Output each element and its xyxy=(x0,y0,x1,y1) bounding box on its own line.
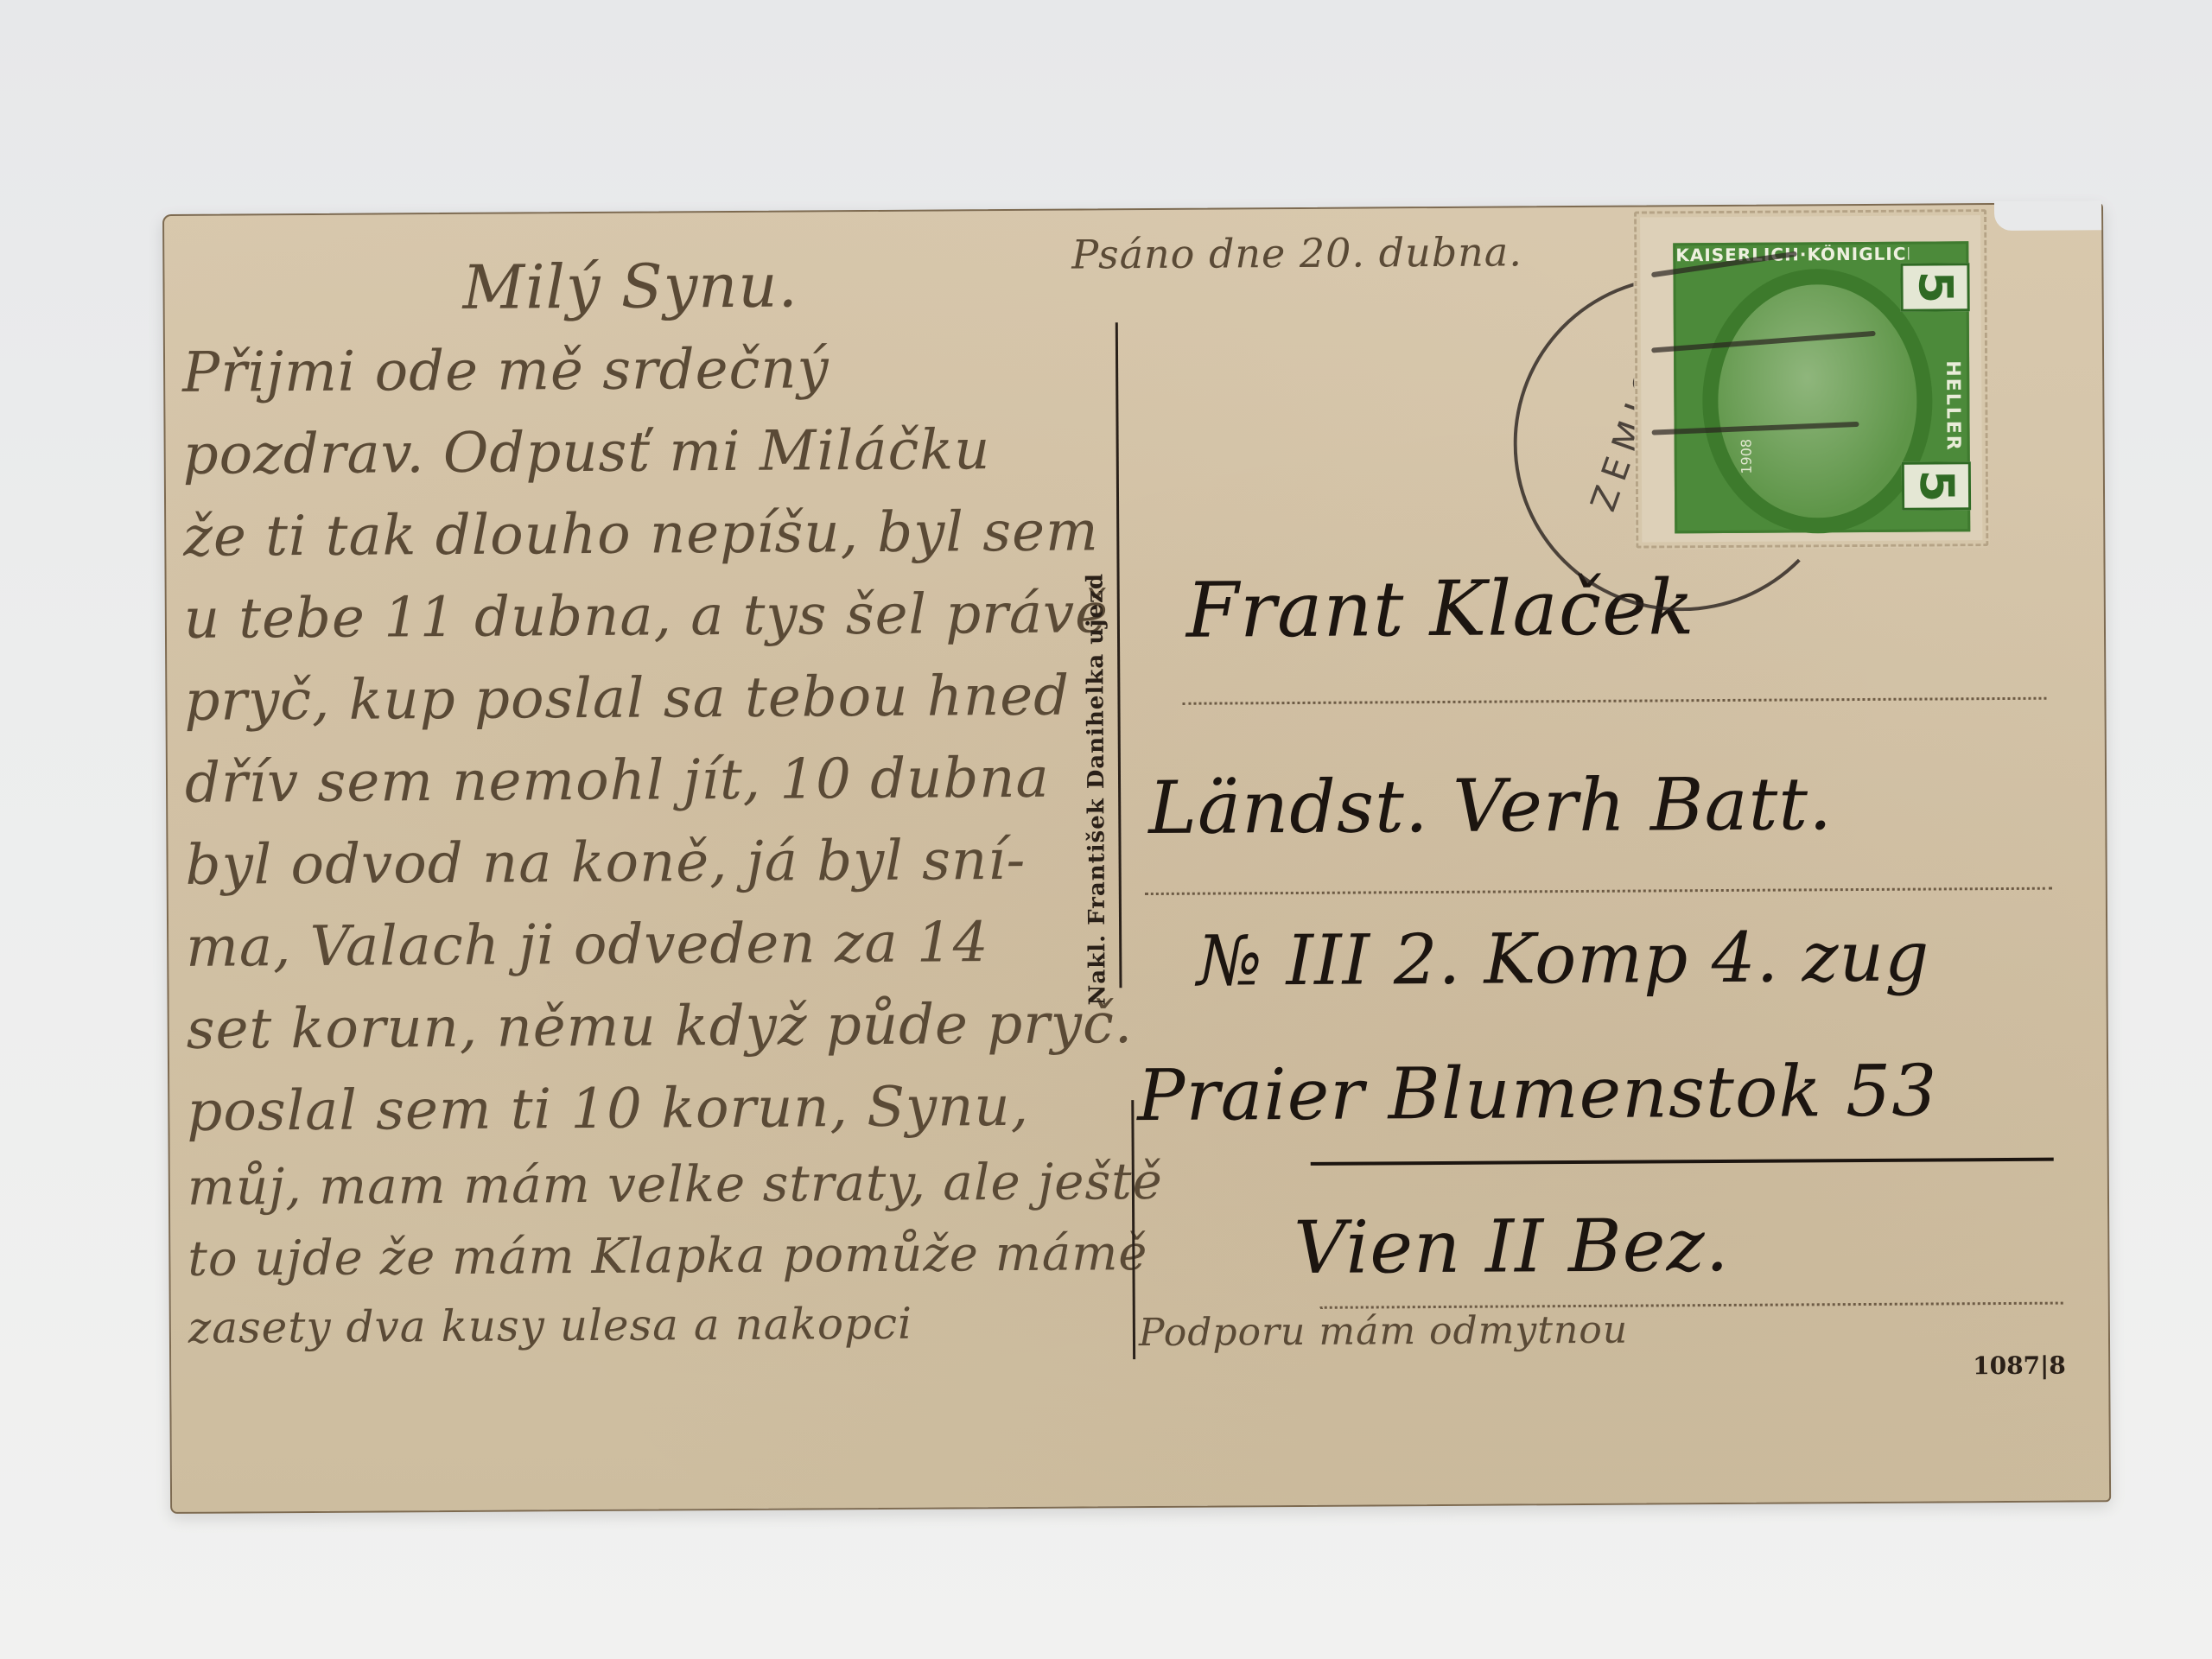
address-underline xyxy=(1311,1158,2054,1166)
letter-line: to ujde že mám Klapka pomůže mámě xyxy=(188,1230,1147,1284)
stamp-legend: KAISERLICH·KÖNIGLICHE·ÖSTERREICHISCHE·PO… xyxy=(1675,245,1910,531)
letter-line: poslal sem ti 10 korun, Synu, xyxy=(187,1079,1029,1140)
letter-line: Přijmi ode mě srdečný xyxy=(182,341,829,401)
address-line-city: Vien II Bez. xyxy=(1294,1209,1730,1284)
date-line: Psáno dne 20. dubna. xyxy=(1071,232,1522,274)
publisher-imprint: Nakl. František Danihelka ujezd xyxy=(1083,573,1111,1006)
letter-line: pozdrav. Odpusť mi Miláčku xyxy=(183,423,991,483)
address-line-street: Praier Blumenstok 53 xyxy=(1137,1056,1938,1132)
torn-corner xyxy=(1994,200,2101,231)
salutation: Milý Synu. xyxy=(462,256,798,318)
letter-line: zasety dva kusy ulesa a nakopci xyxy=(188,1302,912,1350)
stamp-year: 1908 xyxy=(1738,439,1754,474)
divider-line xyxy=(1116,322,1122,988)
postage-stamp: KAISERLICH·KÖNIGLICHE·ÖSTERREICHISCHE·PO… xyxy=(1633,208,1989,549)
letter-line: můj, mam mám velke straty, ale ještě xyxy=(188,1156,1163,1212)
letter-line: že ti tak dlouho nepíšu, byl sem xyxy=(183,504,1099,564)
letter-line: ma, Valach ji odveden za 14 xyxy=(186,915,989,976)
postcard: Milý Synu. Psáno dne 20. dubna. Přijmi o… xyxy=(162,202,2111,1514)
stamp-denomination: HELLER xyxy=(1911,354,1964,458)
letter-line: set korun, němu když půde pryč. xyxy=(187,996,1134,1058)
address-dotted-rule xyxy=(1182,697,2046,705)
address-line-company: № III 2. Komp 4. zug xyxy=(1197,923,1930,996)
letter-line: u tebe 11 dubna, a tys šel právě xyxy=(184,586,1109,647)
stamp-value: 5 xyxy=(1902,461,1971,510)
closing-line: Podporu mám odmytnou xyxy=(1139,1312,1629,1352)
address-dotted-rule xyxy=(1145,887,2052,895)
address-dotted-rule xyxy=(1320,1302,2063,1309)
letter-line: pryč, kup poslal sa tebou hned xyxy=(184,669,1070,729)
stamp-value: 5 xyxy=(1900,263,1969,311)
stamp-design: KAISERLICH·KÖNIGLICHE·ÖSTERREICHISCHE·PO… xyxy=(1673,241,1970,533)
catalog-number: 1087|8 xyxy=(1973,1351,2066,1381)
address-line-unit: Ländst. Verh Batt. xyxy=(1148,767,1833,844)
letter-line: dřív sem nemohl jít, 10 dubna xyxy=(185,751,1050,811)
letter-line: byl odvod na koně, já byl sní- xyxy=(185,833,1026,893)
